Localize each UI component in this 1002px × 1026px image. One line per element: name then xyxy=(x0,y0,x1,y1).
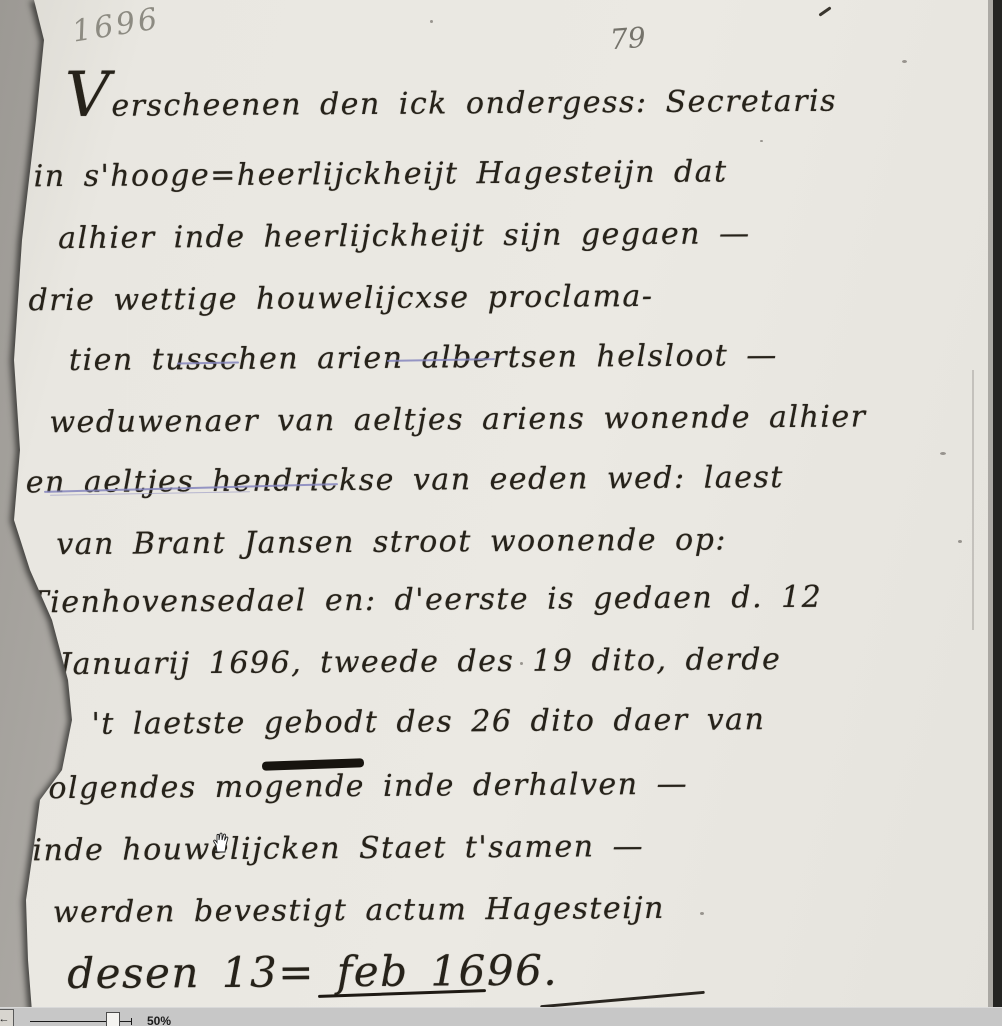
manuscript-line: Tienhovensedael en: d'eerste is gedaen d… xyxy=(29,580,823,621)
paper-speck xyxy=(430,20,433,23)
paper-crease xyxy=(972,370,974,630)
manuscript-line: alhier inde heerlijckheijt sijn gegaen — xyxy=(58,216,751,256)
manuscript-line: inde houwelijcken Staet t'samen — xyxy=(32,829,644,868)
paper-sheet: 1696 79 Verscheenen den ick ondergess: S… xyxy=(0,0,1002,1010)
paper-speck xyxy=(940,452,946,455)
left-arrow-icon: ← xyxy=(0,1013,10,1025)
zoom-slider-end-tick xyxy=(131,1018,132,1025)
scan-edge-soft xyxy=(988,0,993,1010)
manuscript-line: in s'hooge=heerlijckheijt Hagesteijn dat xyxy=(34,154,728,194)
paper-speck xyxy=(760,140,763,142)
paper-speck xyxy=(520,662,523,665)
manuscript-line: werden bevestigt actum Hagesteijn xyxy=(53,891,665,930)
scroll-left-button[interactable]: ← xyxy=(0,1009,14,1026)
manuscript-line: van Brant Jansen stroot woonende op: xyxy=(56,522,727,562)
paper-speck xyxy=(210,300,213,303)
document-scan: 1696 79 Verscheenen den ick ondergess: S… xyxy=(0,0,1002,1010)
paper-speck xyxy=(902,60,907,63)
manuscript-line: 't laetste gebodt des 26 dito daer van xyxy=(91,702,765,742)
zoom-level-label: 50% xyxy=(147,1014,171,1026)
hand-cursor-icon xyxy=(212,831,230,853)
paper-speck xyxy=(150,975,153,978)
manuscript-text-block: Verscheenen den ick ondergess: Secretari… xyxy=(0,0,1002,1013)
manuscript-line: volgendes mogende inde derhalven — xyxy=(30,767,688,807)
zoom-slider-handle[interactable] xyxy=(106,1012,120,1026)
paper-speck xyxy=(700,912,704,915)
paper-speck xyxy=(560,96,563,99)
viewer-toolbar: ← 50% xyxy=(0,1007,1002,1026)
manuscript-line: tien tusschen arien albertsen helsloot — xyxy=(69,338,778,378)
viewer-canvas: 1696 79 Verscheenen den ick ondergess: S… xyxy=(0,0,1002,1026)
manuscript-line: Verscheenen den ick ondergess: Secretari… xyxy=(65,80,837,124)
manuscript-line: en aeltjes hendrickse van eeden wed: lae… xyxy=(26,460,784,500)
paper-speck xyxy=(958,540,962,543)
scan-edge-strip xyxy=(993,0,1002,1010)
manuscript-line: weduwenaer van aeltjes ariens wonende al… xyxy=(49,399,866,440)
manuscript-line: Januarij 1696, tweede des 19 dito, derde xyxy=(59,642,781,682)
manuscript-line: drie wettige houwelijcxse proclama- xyxy=(28,279,653,318)
